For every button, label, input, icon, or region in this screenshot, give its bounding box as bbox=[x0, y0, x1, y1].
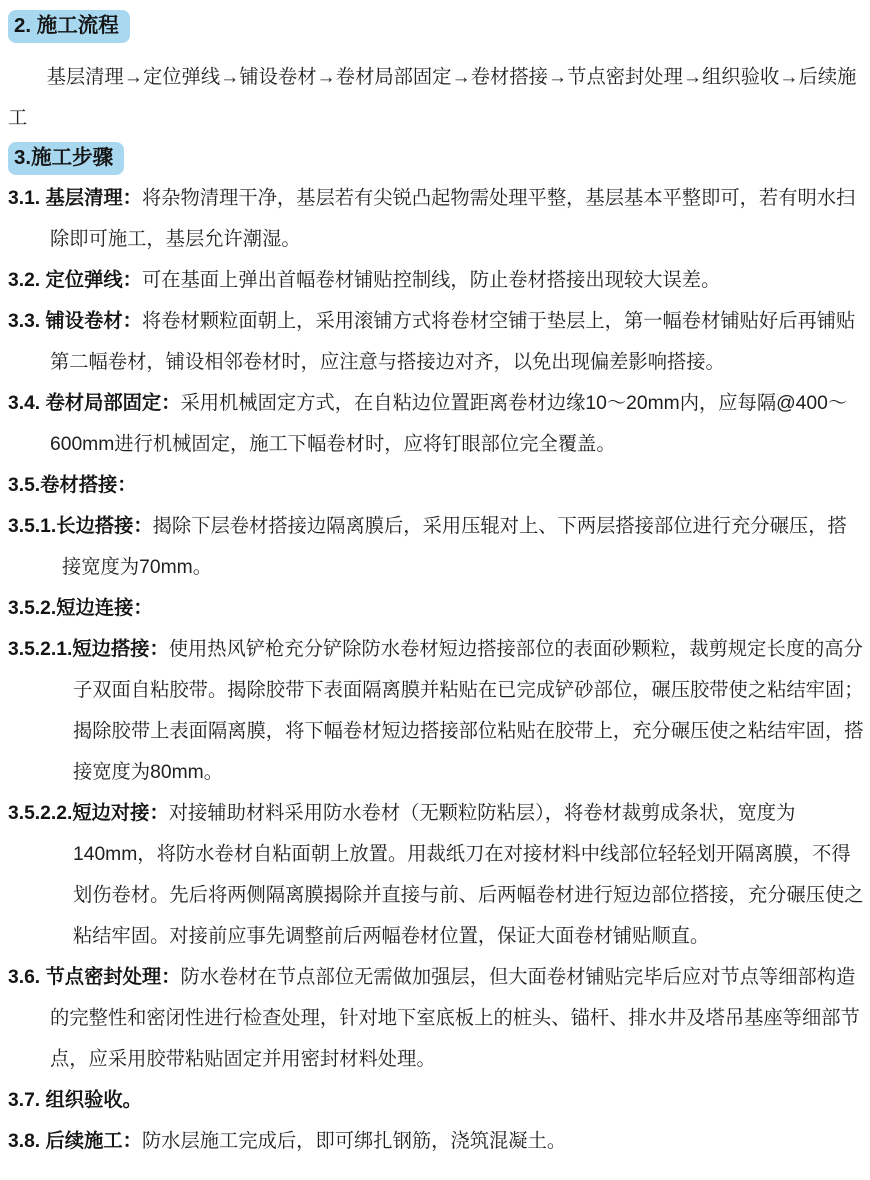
step-3-5-2-2: 3.5.2.2.短边对接：对接辅助材料采用防水卷材（无颗粒防粘层），将卷材裁剪成… bbox=[8, 793, 865, 957]
step-3-4-label: 3.4. 卷材局部固定： bbox=[8, 393, 181, 414]
step-3-8-text: 防水层施工完成后，即可绑扎钢筋，浇筑混凝土。 bbox=[142, 1131, 566, 1152]
step-3-5-2-1-text: 使用热风铲枪充分铲除防水卷材短边搭接部位的表面砂颗粒，裁剪规定长度的高分子双面自… bbox=[73, 639, 864, 783]
step-3-3-text: 将卷材颗粒面朝上，采用滚铺方式将卷材空铺于垫层上，第一幅卷材铺贴好后再铺贴第二幅… bbox=[50, 311, 855, 373]
step-3-4: 3.4. 卷材局部固定：采用机械固定方式，在自粘边位置距离卷材边缘10～20mm… bbox=[8, 383, 865, 465]
construction-steps-list: 3.1. 基层清理：将杂物清理干净，基层若有尖锐凸起物需处理平整，基层基本平整即… bbox=[8, 178, 865, 1162]
section-2-heading-badge: 2. 施工流程 bbox=[8, 10, 130, 43]
step-3-5-2-label: 3.5.2.短边连接： bbox=[8, 598, 153, 619]
step-3-1-label: 3.1. 基层清理： bbox=[8, 188, 142, 209]
construction-method-document: 2. 施工流程 基层清理→定位弹线→铺设卷材→卷材局部固定→卷材搭接→节点密封处… bbox=[0, 0, 870, 1162]
step-3-8: 3.8. 后续施工：防水层施工完成后，即可绑扎钢筋，浇筑混凝土。 bbox=[8, 1121, 865, 1162]
process-flow-text: 基层清理→定位弹线→铺设卷材→卷材局部固定→卷材搭接→节点密封处理→组织验收→后… bbox=[8, 57, 865, 139]
step-3-7: 3.7. 组织验收。 bbox=[8, 1080, 865, 1121]
step-3-7-label: 3.7. 组织验收。 bbox=[8, 1090, 142, 1111]
step-3-5-1-label: 3.5.1.长边搭接： bbox=[8, 516, 153, 537]
step-3-2: 3.2. 定位弹线：可在基面上弹出首幅卷材铺贴控制线，防止卷材搭接出现较大误差。 bbox=[8, 260, 865, 301]
step-3-3: 3.3. 铺设卷材：将卷材颗粒面朝上，采用滚铺方式将卷材空铺于垫层上，第一幅卷材… bbox=[8, 301, 865, 383]
step-3-2-text: 可在基面上弹出首幅卷材铺贴控制线，防止卷材搭接出现较大误差。 bbox=[142, 270, 720, 291]
step-3-5: 3.5.卷材搭接： bbox=[8, 465, 865, 506]
step-3-2-label: 3.2. 定位弹线： bbox=[8, 270, 142, 291]
step-3-5-2-2-label: 3.5.2.2.短边对接： bbox=[8, 803, 169, 824]
section-2-heading-row: 2. 施工流程 bbox=[8, 8, 865, 46]
section-3-heading-row: 3.施工步骤 bbox=[8, 140, 865, 178]
step-3-3-label: 3.3. 铺设卷材： bbox=[8, 311, 142, 332]
step-3-6-label: 3.6. 节点密封处理： bbox=[8, 967, 181, 988]
step-3-5-2: 3.5.2.短边连接： bbox=[8, 588, 865, 629]
step-3-5-1-text: 揭除下层卷材搭接边隔离膜后，采用压辊对上、下两层搭接部位进行充分碾压，搭接宽度为… bbox=[62, 516, 847, 578]
step-3-5-2-1-label: 3.5.2.1.短边搭接： bbox=[8, 639, 169, 660]
step-3-5-1: 3.5.1.长边搭接：揭除下层卷材搭接边隔离膜后，采用压辊对上、下两层搭接部位进… bbox=[8, 506, 865, 588]
section-3-heading-badge: 3.施工步骤 bbox=[8, 142, 124, 175]
step-3-5-2-2-text: 对接辅助材料采用防水卷材（无颗粒防粘层），将卷材裁剪成条状，宽度为140mm，将… bbox=[73, 803, 864, 947]
step-3-5-2-1: 3.5.2.1.短边搭接：使用热风铲枪充分铲除防水卷材短边搭接部位的表面砂颗粒，… bbox=[8, 629, 865, 793]
step-3-8-label: 3.8. 后续施工： bbox=[8, 1131, 142, 1152]
step-3-6: 3.6. 节点密封处理：防水卷材在节点部位无需做加强层，但大面卷材铺贴完毕后应对… bbox=[8, 957, 865, 1080]
step-3-5-label: 3.5.卷材搭接： bbox=[8, 475, 137, 496]
step-3-1: 3.1. 基层清理：将杂物清理干净，基层若有尖锐凸起物需处理平整，基层基本平整即… bbox=[8, 178, 865, 260]
step-3-1-text: 将杂物清理干净，基层若有尖锐凸起物需处理平整，基层基本平整即可，若有明水扫除即可… bbox=[50, 188, 855, 250]
